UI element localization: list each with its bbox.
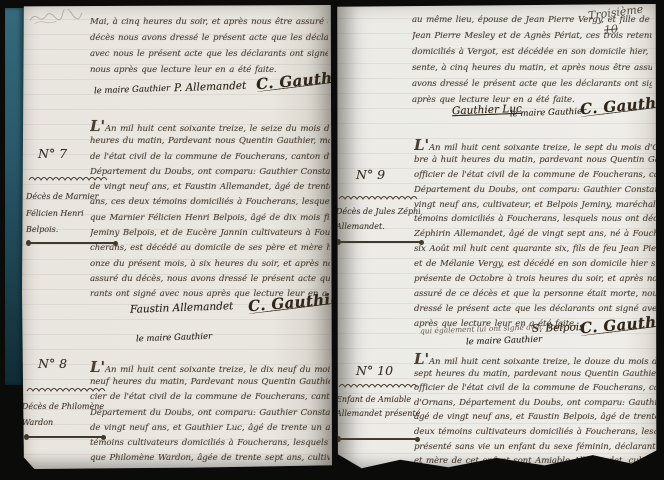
- manuscript-line: décès nous avons dressé le présent acte …: [90, 30, 328, 46]
- manuscript-line: bre à huit heures du matin, pardevant no…: [414, 153, 656, 168]
- mayor-signature: le maire Gauthier: [466, 335, 542, 348]
- death-act-text: L'An mil huit cent soixante treize, le d…: [90, 360, 330, 466]
- manuscript-line: officier de l'état civil de la commune d…: [414, 381, 656, 396]
- manuscript-line: Décès de Jules Zéphirin: [336, 204, 420, 219]
- mayor-signature: le maire Gauthier: [94, 84, 170, 97]
- entry-number: N° 10: [356, 363, 393, 378]
- manuscript-line: âgé de vingt neuf ans, et Faustin Belpoi…: [414, 410, 656, 425]
- manuscript-line: L'An mil huit cent soixante treize, le s…: [414, 138, 656, 153]
- continued-act-text: Mai, à cinq heures du soir, et après nou…: [90, 14, 328, 78]
- right-page: Troisième 10 au même lieu, épouse de Jea…: [336, 4, 657, 471]
- manuscript-line: L'An mil huit cent soixante treize, le s…: [90, 119, 330, 134]
- entry-number: N° 9: [356, 167, 385, 182]
- manuscript-line: six Août mil huit cent quarante six, fil…: [414, 242, 656, 257]
- manuscript-line: au même lieu, épouse de Jean Pierre Verg…: [412, 12, 652, 28]
- manuscript-line: sept heures du matin, pardevant nous Que…: [414, 367, 656, 382]
- manuscript-line: témoins cultivateurs domiciliés à Fouche…: [90, 436, 330, 451]
- manuscript-line: domiciliés à Vergot, est décédée en son …: [412, 44, 652, 60]
- manuscript-line: officier de l'état civil de la commune d…: [414, 168, 656, 183]
- entry-number: N° 7: [38, 146, 67, 161]
- manuscript-line: deux témoins cultivateurs domiciliés à F…: [414, 425, 656, 440]
- manuscript-line: cier de l'état civil de la commune de Fo…: [90, 390, 330, 405]
- squiggle-divider: [338, 194, 422, 200]
- squiggle-divider: [338, 382, 422, 388]
- book-edge-strip: [5, 8, 24, 385]
- manuscript-line: Enfant de Amiable: [336, 393, 420, 407]
- manuscript-line: vingt neuf ans, cultivateur, et Belpois …: [414, 198, 656, 213]
- manuscript-line: domicilié à Foucherans, et Marie Beaucle…: [414, 469, 656, 480]
- manuscript-line: L'An mil huit cent soixante treize, le d…: [90, 360, 330, 375]
- continued-act-text: au même lieu, épouse de Jean Pierre Verg…: [412, 12, 652, 108]
- bracket-line: [338, 438, 418, 440]
- manuscript-line: Zéphirin Allemandet, âgé de vingt sept a…: [414, 227, 656, 242]
- manuscript-line: sente, à cinq heures du matin, et après …: [412, 60, 652, 76]
- entry-number: N° 8: [38, 356, 67, 371]
- manuscript-line: et mère de cet enfant sont Amiable Allem…: [414, 454, 656, 469]
- manuscript-line: que Philomène Wardon, âgée de trente sep…: [90, 451, 330, 466]
- manuscript-line: avec nous le présent acte que les déclar…: [90, 46, 328, 62]
- mayor-signature: le maire Gauthier: [136, 332, 212, 345]
- manuscript-line: L'An mil huit cent soixante treize, le d…: [414, 352, 656, 367]
- mayor-signature: le maire Gauthier: [510, 107, 586, 120]
- manuscript-line: témoins domiciliés à Foucherans, lesquel…: [414, 212, 656, 227]
- pencil-scribble: [28, 7, 87, 26]
- manuscript-line: avons dressé le présent acte que les déc…: [412, 76, 652, 92]
- manuscript-line: Département du Doubs, ont comparu: Gauth…: [414, 183, 656, 198]
- manuscript-line: Jean Pierre Mesley et de Agnès Périat, c…: [412, 28, 652, 44]
- manuscript-line: Département du Doubs, ont comparu: Gauth…: [90, 165, 330, 180]
- manuscript-line: d'Ornans, Département du Doubs, ont comp…: [414, 396, 656, 411]
- death-act-text: L'An mil huit cent soixante treize, le s…: [90, 119, 330, 303]
- manuscript-line: que Marnier Félicien Henri Belpois, âgé …: [90, 211, 330, 226]
- witness-signature: P. Allemandet: [174, 80, 247, 95]
- margin-title: Décès de Jules ZéphirinAllemandet.: [336, 204, 420, 234]
- manuscript-line: cherans, est décédé au domicile de ses p…: [90, 241, 330, 256]
- manuscript-line: présenté sans vie un enfant du sexe fémi…: [414, 440, 656, 455]
- manuscript-line: assuré du décès, nous avons dressé le pr…: [90, 272, 330, 287]
- manuscript-line: heures du matin, Pardevant nous Quentin …: [90, 134, 330, 149]
- manuscript-line: de vingt neuf ans, et Gauthier Luc, âgé …: [90, 421, 330, 436]
- manuscript-line: de l'état civil de la commune de Foucher…: [90, 150, 330, 165]
- witness-signature: Faustin Allemandet: [130, 300, 234, 316]
- stillbirth-act-text: L'An mil huit cent soixante treize, le d…: [414, 352, 656, 480]
- manuscript-line: Jeminy Belpois, et de Eucère Jannin cult…: [90, 226, 330, 241]
- margin-title: Enfant de AmiableAllemandet présenté san…: [336, 393, 420, 421]
- manuscript-line: neuf heures du matin, Pardevant nous Que…: [90, 375, 330, 390]
- bracket-line: [338, 241, 422, 243]
- manuscript-line: assuré de ce décès et que la personne ét…: [414, 287, 656, 302]
- manuscript-line: Allemandet.: [336, 219, 420, 234]
- register-photo: Mai, à cinq heures du soir, et après nou…: [0, 0, 664, 480]
- manuscript-line: Mai, à cinq heures du soir, et après nou…: [90, 14, 328, 30]
- manuscript-line: Allemandet présenté sans vie: [336, 407, 420, 421]
- manuscript-line: présente de Octobre à trois heures du so…: [414, 272, 656, 287]
- manuscript-line: dressé le présent acte que les déclarant…: [414, 302, 656, 317]
- witness-signature: S. Belpois: [532, 321, 585, 335]
- manuscript-line: de vingt neuf ans, et Faustin Allemandet…: [90, 180, 330, 195]
- left-page: Mai, à cinq heures du soir, et après nou…: [22, 5, 332, 469]
- manuscript-line: Département du Doubs, ont comparu: Gauth…: [90, 406, 330, 421]
- manuscript-line: et de Mélanie Vergy, est décédé en son d…: [414, 257, 656, 272]
- manuscript-line: ans, ces deux témoins domiciliés à Fouch…: [90, 195, 330, 210]
- death-act-text: L'An mil huit cent soixante treize, le s…: [414, 138, 656, 332]
- manuscript-line: onze du présent mois, à six heures du so…: [90, 257, 330, 272]
